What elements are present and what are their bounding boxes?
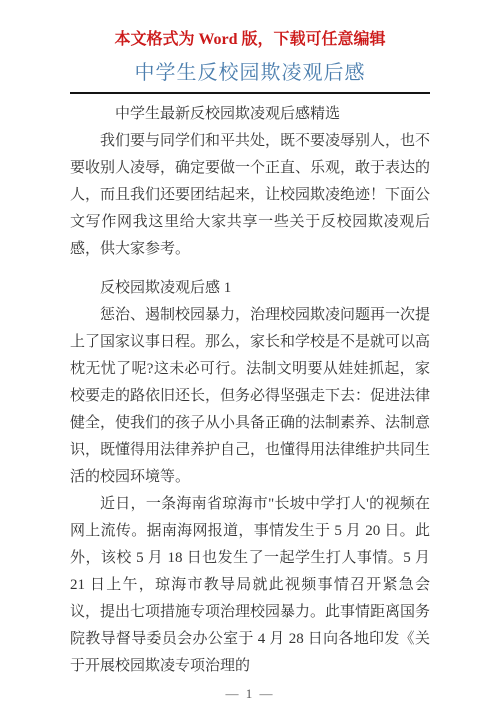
document-page: 本文格式为 Word 版，下载可任意编辑 中学生反校园欺凌观后感 中学生最新反校…	[0, 0, 500, 707]
title-divider-rule	[70, 92, 430, 94]
intro-paragraph: 我们要与同学们和平共处，既不要凌辱别人，也不要收别人凌辱，确定要做一个正直、乐观…	[70, 128, 430, 263]
document-body: 中学生最新反校园欺凌观后感精选 我们要与同学们和平共处，既不要凌辱别人，也不要收…	[70, 101, 430, 707]
word-format-notice: 本文格式为 Word 版，下载可任意编辑	[70, 28, 430, 52]
document-title: 中学生反校园欺凌观后感	[70, 58, 430, 88]
section1-paragraph2: 近日，一条海南省琼海市"长坡中学打人'的视频在网上流传。据南海网报道，事情发生于…	[70, 491, 430, 680]
blank-line-spacer	[70, 263, 430, 275]
section1-heading: 反校园欺凌观后感 1	[70, 275, 430, 302]
document-subtitle: 中学生最新反校园欺凌观后感精选	[70, 101, 430, 128]
page-number: — 1 —	[70, 680, 430, 707]
section1-paragraph1: 惩治、遏制校园暴力，治理校园欺凌问题再一次提上了国家议事日程。那么，家长和学校是…	[70, 302, 430, 491]
